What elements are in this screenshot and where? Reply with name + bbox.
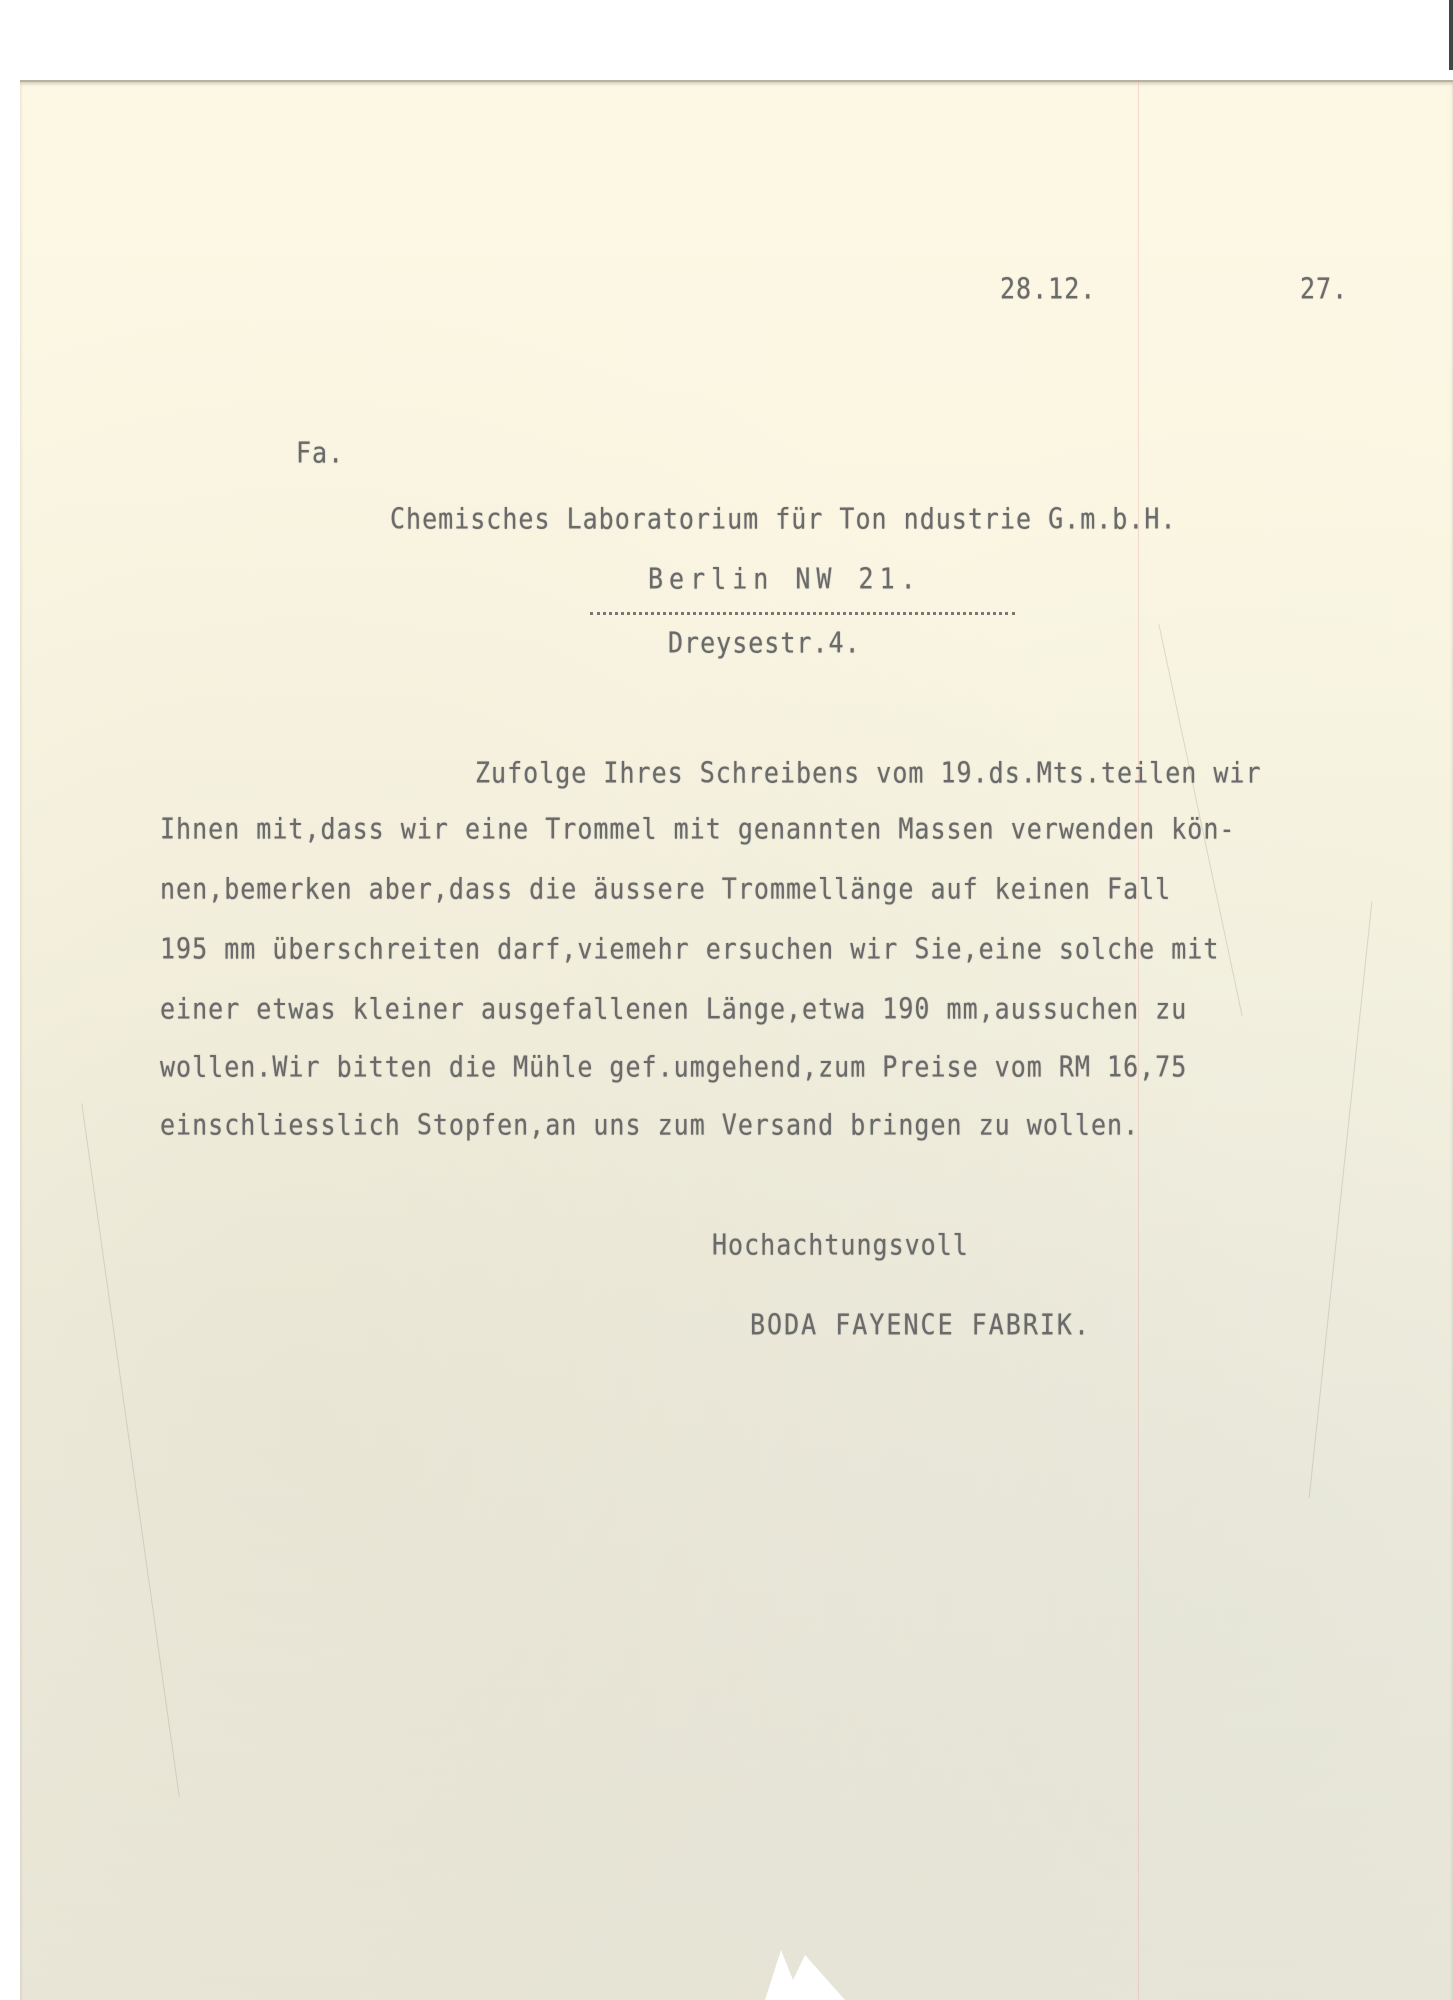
body-line: wollen.Wir bitten die Mühle gef.umgehend… (160, 1050, 1187, 1083)
signature: BODA FAYENCE FABRIK. (750, 1308, 1091, 1341)
body-line: einer etwas kleiner ausgefallenen Länge,… (160, 992, 1187, 1025)
recipient-city: Berlin NW 21. (648, 562, 922, 595)
margin-line (1138, 80, 1139, 2000)
letter-year: 27. (1300, 272, 1348, 305)
letter-date: 28.12. (1000, 272, 1096, 305)
body-line: Ihnen mit,dass wir eine Trommel mit gena… (160, 812, 1235, 845)
letter-paper (20, 80, 1453, 2000)
scan-edge (1449, 0, 1453, 70)
salutation-prefix: Fa. (296, 436, 344, 469)
body-line: nen,bemerken aber,dass die äussere Tromm… (160, 872, 1171, 905)
recipient-street: Dreysestr.4. (668, 626, 861, 659)
body-line: Zufolge Ihres Schreibens vom 19.ds.Mts.t… (475, 756, 1262, 789)
closing: Hochachtungsvoll (712, 1228, 969, 1261)
body-line: einschliesslich Stopfen,an uns zum Versa… (160, 1108, 1139, 1141)
city-underline (590, 612, 1015, 615)
recipient-company: Chemisches Laboratorium für Ton ndustrie… (390, 502, 1177, 535)
body-line: 195 mm überschreiten darf,viemehr ersuch… (160, 932, 1219, 965)
